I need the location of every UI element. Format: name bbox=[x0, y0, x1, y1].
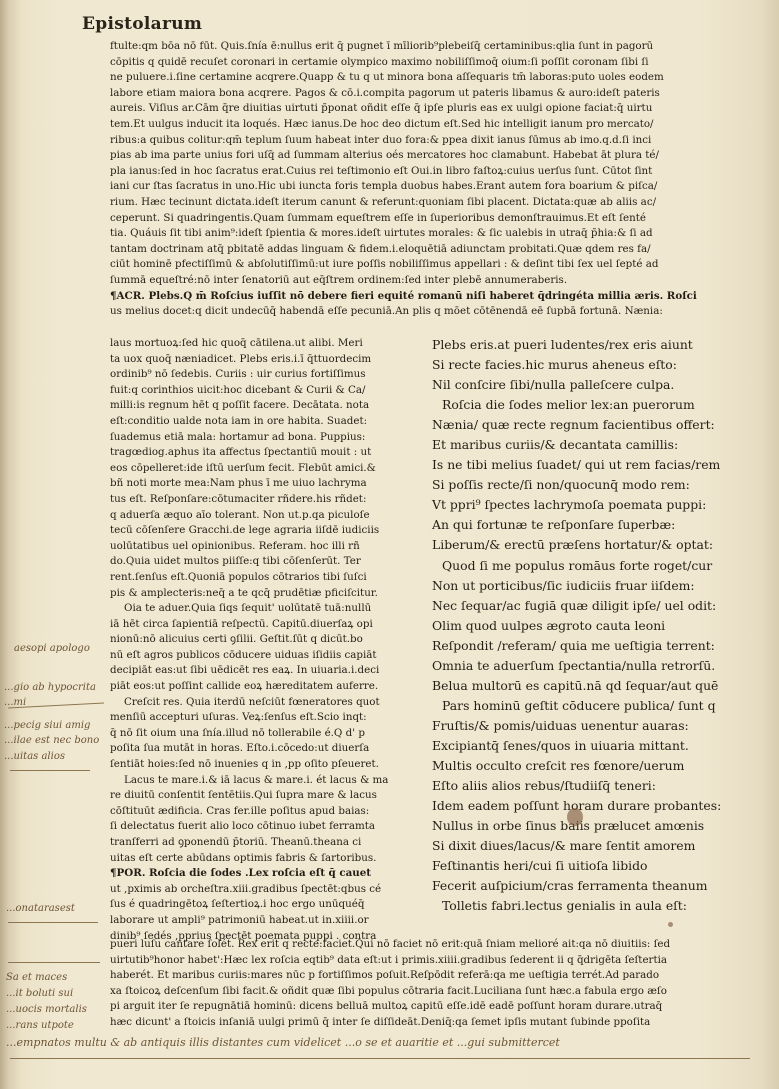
text-line: q̄ nō ſit oium una ſnía.illud nō tollera… bbox=[110, 726, 388, 742]
verse-line: An qui fortunæ te reſponſare ſuperbæ: bbox=[432, 515, 721, 535]
text-line: bñ noti morte mea:Nam phus ī me uiuo lac… bbox=[110, 476, 388, 492]
verse-line: Non ut porticibus/ſic iudiciis fruar iiſ… bbox=[432, 576, 721, 596]
text-line: Creſcit res. Quia iterdū neſciūt fœnerat… bbox=[110, 695, 388, 711]
verse-line: Is ne tibi melius ſuadet/ qui ut rem fac… bbox=[432, 455, 721, 475]
verse-line: Feſtinantis heri/cui ſi uitioſa libido bbox=[432, 856, 721, 876]
verse-line: Pars hominū geſtit cōducere publica/ ſun… bbox=[432, 696, 721, 716]
verse-line: Fecerit auſpicium/cras ferramenta theanu… bbox=[432, 876, 721, 896]
text-line: ordinib⁹ nō ſedebis. Curiis : uir curius… bbox=[110, 367, 388, 383]
text-line: ut ,pximis ab orcheſtra.xiii.gradibus ſp… bbox=[110, 882, 388, 898]
text-line: us melius docet:q dicit undecūq̄ habendā… bbox=[110, 304, 697, 320]
verse-line: Tolletis fabri.lectus genialis in aula e… bbox=[432, 896, 721, 916]
verse-line: Quod ſi me populus romāus forte roget/cu… bbox=[432, 556, 721, 576]
text-line: uirtutib⁹honor habet':Hæc lex roſcia eqt… bbox=[110, 953, 670, 969]
marginal-note: ...onatarasest bbox=[6, 903, 75, 914]
margin-bracket-line bbox=[8, 922, 98, 923]
text-line: xa ſtoicoꝝ deſcenſum ſibi facit.& oñdit … bbox=[110, 984, 670, 1000]
text-line: ta uox quoq̄ næniadicet. Plebs eris.i.ī … bbox=[110, 352, 388, 368]
text-line: cōpitis q quidē recuſet coronari in cert… bbox=[110, 55, 697, 71]
text-line: iani cur ſtas ſacratus in uno.Hic ubi iu… bbox=[110, 179, 697, 195]
verse-line: Si poſſis recte/ſi non/quocunq̄ modo rem… bbox=[432, 475, 721, 495]
text-line: re diuitū conſentit ſentētiis.Qui ſupra … bbox=[110, 788, 388, 804]
verse-line: Nil conſcire ſibi/nulla palleſcere culpa… bbox=[432, 375, 721, 395]
text-line: eſt:conditio ualde nota iam in ore habit… bbox=[110, 414, 388, 430]
text-line: poſita ſua mutāt in horas. Eſto.i.cōcedo… bbox=[110, 741, 388, 757]
verse-line: Plebs eris.at pueri ludentes/rex eris ai… bbox=[432, 335, 721, 355]
verse-text: Plebs eris.at pueri ludentes/rex eris ai… bbox=[432, 335, 721, 916]
text-line: pi arguit iter ſe repugnātiā hominū: dic… bbox=[110, 999, 670, 1015]
text-line: tus eſt. Reſponſare:cōtumaciter rñdere.h… bbox=[110, 492, 388, 508]
text-line: ribus:a quibus colitur:qm̄ teplum ſuum h… bbox=[110, 133, 697, 149]
verse-line: Roſcia die ſodes melior lex:an puerorum bbox=[432, 395, 721, 415]
text-line: ftulte:qm bōa nō fūt. Quis.ſnía ē:nullus… bbox=[110, 39, 697, 55]
marginal-note: ...gio ab hypocrita bbox=[4, 682, 96, 693]
text-line: ciūt hominē pfectiſſimū & abſolutiſſimū:… bbox=[110, 257, 697, 273]
text-line: ¶POR. Roſcia die ſodes .Lex roſcia eſt q… bbox=[110, 866, 388, 882]
text-line: aureis. Viſius ar.Cām q̄re diuitias uirt… bbox=[110, 101, 697, 117]
text-line: milli:is regnum hēt q poſſit facere. Dec… bbox=[110, 398, 388, 414]
text-line: haberét. Et maribus curiis:mares nūc p f… bbox=[110, 968, 670, 984]
commentary-top: ftulte:qm bōa nō fūt. Quis.ſnía ē:nullus… bbox=[110, 39, 697, 320]
verse-line: Fruſtis/& pomis/uiduas uenentur auaras: bbox=[432, 716, 721, 736]
verse-line: Reſpondit /referam/ quia me ueſtigia ter… bbox=[432, 636, 721, 656]
text-line: decipiāt eas:ut ſibi uēdicēt res eaꝝ. In… bbox=[110, 663, 388, 679]
marginal-note: ...uitas alios bbox=[4, 751, 65, 762]
text-line: fuit:q corinthios uicit:hoc dicebant & C… bbox=[110, 383, 388, 399]
text-line: tecū cōſenſere Gracchi.de lege agraria i… bbox=[110, 523, 388, 539]
marginal-note: ...uocis mortalis bbox=[6, 1004, 87, 1015]
margin-bracket-line bbox=[8, 962, 100, 963]
verse-line: Vt ppri⁹ ſpectes lachrymoſa poemata pupp… bbox=[432, 495, 721, 515]
marginal-note: ...pecig siui amig bbox=[4, 720, 90, 731]
verse-line: Multis occulto creſcit res fœnore/uerum bbox=[432, 756, 721, 776]
margin-bracket-line bbox=[10, 770, 90, 771]
text-line: tia. Quáuis ſit tibi anim⁹:ideſt ſpienti… bbox=[110, 226, 697, 242]
text-line: cōſtituūt ædificia. Cras fer.ille poſitu… bbox=[110, 804, 388, 820]
verse-line: Belua multorū es capitū.nā qd ſequar/aut… bbox=[432, 676, 721, 696]
text-line: ſuademus etiā mala: hortamur ad bona. Pu… bbox=[110, 430, 388, 446]
text-line: laborare ut ampli⁹ patrimoniū habeat.ut … bbox=[110, 913, 388, 929]
text-line: piāt eos:ut poſſint callide eoꝝ hæredita… bbox=[110, 679, 388, 695]
marginal-note: ...ilae est nec bono bbox=[4, 735, 99, 746]
bottom-rule-line bbox=[10, 1058, 750, 1059]
running-head: Epistolarum bbox=[82, 14, 202, 34]
ink-stain bbox=[567, 808, 583, 826]
text-line: ſus é quadringētoꝝ ſeſtertioꝝ.i hoc ergo… bbox=[110, 897, 388, 913]
text-line: do.Quia uidet multos piiſſe:q tibi cōſen… bbox=[110, 554, 388, 570]
text-line: laus mortuoꝝ:ſed hic quoq̄ cātilena.ut a… bbox=[110, 336, 388, 352]
verse-line: Excipiantq̄ ſenes/quos in uiuaria mittan… bbox=[432, 736, 721, 756]
text-line: ceperunt. Si quadringentis.Quam ſummam e… bbox=[110, 211, 697, 227]
verse-line: Si recte facies.hic murus aheneus eſto: bbox=[432, 355, 721, 375]
text-line: pias ab ima parte unius fori uſq̄ ad ſum… bbox=[110, 148, 697, 164]
marginal-note: ...it boluti sui bbox=[6, 988, 73, 999]
text-line: Oia te aduer.Quia ſiqs ſequit' uolūtatē … bbox=[110, 601, 388, 617]
text-line: nū eſt agros publicos cōducere uiduas iſ… bbox=[110, 648, 388, 664]
verse-line: Liberum/& erectū præſens hortatur/& opta… bbox=[432, 535, 721, 555]
text-line: hæc dicunt' a ſtoicis inſaniā uulgi prim… bbox=[110, 1015, 670, 1031]
text-line: uolūtatibus uel opinionibus. Referam. ho… bbox=[110, 539, 388, 555]
marginal-note: Sa et maces bbox=[6, 972, 67, 983]
verse-line: Omnia te aduerſum ſpectantia/nulla retro… bbox=[432, 656, 721, 676]
commentary-bottom: pueri luſu cantare ſolét. Rex erit q rec… bbox=[110, 937, 670, 1031]
verse-line: Nænia/ quæ recte regnum facientibus offe… bbox=[432, 415, 721, 435]
text-line: ¶ACR. Plebs.Q m̄ Roſcius iuſſit nō deber… bbox=[110, 289, 697, 305]
ink-spot bbox=[668, 922, 673, 927]
text-line: labore etiam maiora bona acqrere. Pagos … bbox=[110, 86, 697, 102]
text-line: tantam doctrinam atq̄ pbitatē addas ling… bbox=[110, 242, 697, 258]
text-line: ſi delectatus fuerit alio loco cōtinuo i… bbox=[110, 819, 388, 835]
text-line: nionū:nō alicuius certi ꝯſilii. Geſtit.ſ… bbox=[110, 632, 388, 648]
text-line: q aduerſa æquo aīo tolerant. Non ut.p.qa… bbox=[110, 508, 388, 524]
text-line: ne puluere.i.ſine certamine acqrere.Quap… bbox=[110, 70, 697, 86]
marginal-note-bottom: ...empnatos multu & ab antiquis illis di… bbox=[6, 1036, 560, 1049]
text-line: Lacus te mare.i.& iā lacus & mare.i. ét … bbox=[110, 773, 388, 789]
book-page: Epistolarum ftulte:qm bōa nō fūt. Quis.ſ… bbox=[0, 0, 779, 1089]
text-line: tranſferri ad ꝯponendū p̄toriū. Theanū.t… bbox=[110, 835, 388, 851]
verse-line: Si dixit diues/lacus/& mare ſentit amore… bbox=[432, 836, 721, 856]
verse-line: Eſto aliis alios rebus/ſtudiiſq̄ teneri: bbox=[432, 776, 721, 796]
text-line: menſiū accepturi uſuras. Veꝝ:ſenſus eſt.… bbox=[110, 710, 388, 726]
text-line: tem.Et uulgus inducit ita loqués. Hæc ia… bbox=[110, 117, 697, 133]
text-line: uitas eſt certe abūdans optimis fabris &… bbox=[110, 851, 388, 867]
text-line: pla ianus:ſed in hoc ſacratus erat.Cuius… bbox=[110, 164, 697, 180]
verse-line: Et maribus curiis/& decantata camillis: bbox=[432, 435, 721, 455]
text-line: rent.ſenſus eſt.Quoniā populos cōtrarios… bbox=[110, 570, 388, 586]
text-line: pueri luſu cantare ſolét. Rex erit q rec… bbox=[110, 937, 670, 953]
text-line: ſentiāt hoies:ſed nō inuenies q in ,pp o… bbox=[110, 757, 388, 773]
text-line: pis & amplecteris:neq̄ a te qcq̄ prudēti… bbox=[110, 586, 388, 602]
verse-line: Nec ſequar/ac fugiā quæ diligit ipſe/ ue… bbox=[432, 596, 721, 616]
marginal-note: aesopi apologo bbox=[14, 643, 90, 654]
marginal-note: ...rans utpote bbox=[6, 1020, 74, 1031]
text-line: ſummā equeſtré:nō inter ſenatoriū aut eq… bbox=[110, 273, 697, 289]
text-line: iā hēt circa ſapientiā reſpectū. Capitū.… bbox=[110, 617, 388, 633]
text-line: eos cōpelleret:ide iſtū uerſum fecit. Fl… bbox=[110, 461, 388, 477]
verse-line: Olim quod uulpes ægroto cauta leoni bbox=[432, 616, 721, 636]
commentary-left-column: laus mortuoꝝ:ſed hic quoq̄ cātilena.ut a… bbox=[110, 336, 388, 944]
text-line: tragœdiog.aphus ita affectus ſpectantiū … bbox=[110, 445, 388, 461]
text-line: rium. Hæc tecinunt dictata.ideſt iterum … bbox=[110, 195, 697, 211]
